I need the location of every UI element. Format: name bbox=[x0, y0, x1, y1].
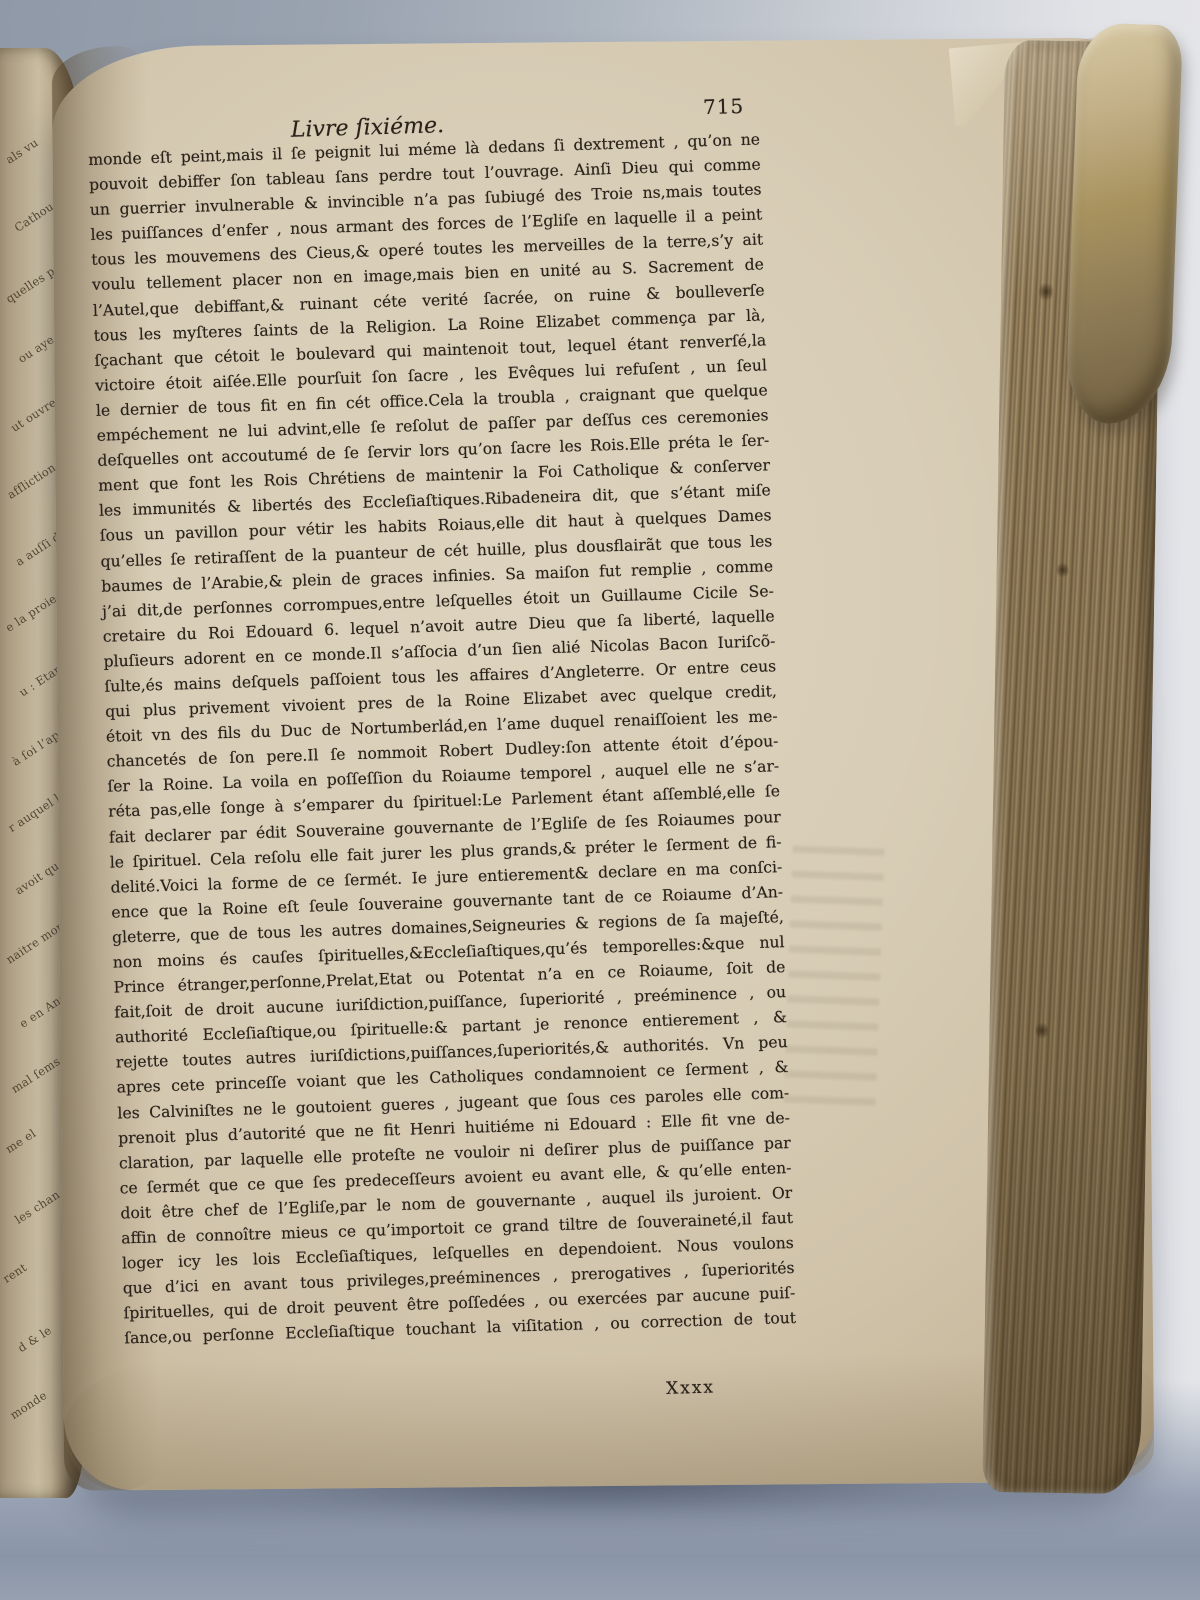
edge-text-fragment: als vu bbox=[3, 135, 41, 166]
edge-text-fragment: les chan bbox=[12, 1187, 62, 1226]
edge-text-fragment: me el bbox=[3, 1126, 39, 1156]
body-text: monde eſt peint,mais il ſe peignit lui m… bbox=[88, 127, 796, 1351]
parchment-cover-flap bbox=[1065, 22, 1183, 425]
page-number: 715 bbox=[703, 94, 745, 119]
edge-text-fragment: rent bbox=[0, 1260, 29, 1286]
edge-text-fragment: Cathou bbox=[12, 199, 56, 235]
show-through-text bbox=[783, 840, 885, 1119]
edge-text-fragment: naitre mor bbox=[3, 919, 65, 966]
fore-edge-spot bbox=[1057, 561, 1069, 579]
fore-edge-spot bbox=[1035, 1021, 1048, 1041]
edge-text-fragment: mal ſems bbox=[9, 1054, 63, 1096]
fore-edge-spot bbox=[1039, 281, 1053, 303]
edge-text-fragment: d & le bbox=[15, 1323, 54, 1355]
edge-text-fragment: e la proie bbox=[3, 591, 59, 634]
signature-mark: Xxxx bbox=[666, 1377, 715, 1398]
edge-text-fragment: monde bbox=[7, 1388, 49, 1422]
edge-text-fragment: ou aye bbox=[15, 332, 56, 366]
edge-text-fragment: affliction bbox=[5, 460, 59, 502]
book-photo: als vuCathouquelles paou ayeut ouvreaffl… bbox=[0, 0, 1200, 1600]
edge-text-fragment: avoit qu. bbox=[12, 857, 64, 898]
edge-text-fragment: ut ouvre bbox=[8, 395, 59, 435]
